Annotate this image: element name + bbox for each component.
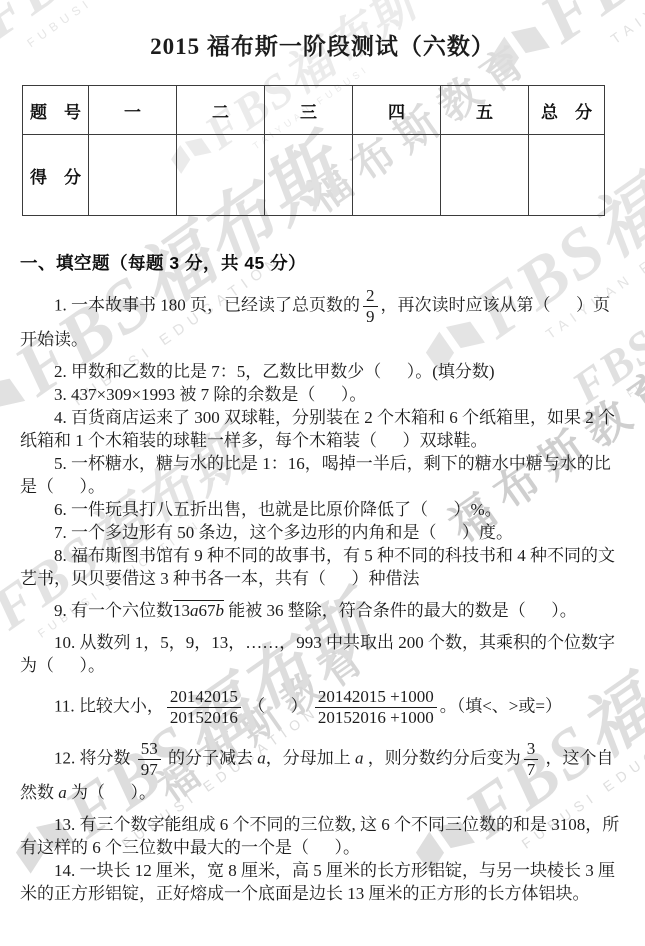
header-cell-1: 一 bbox=[89, 86, 177, 135]
paper-content: 2015 福布斯一阶段测试（六数） 题 号 一 二 三 四 五 总 分 得 分 bbox=[0, 28, 645, 905]
fraction-numerator: 20142015 bbox=[167, 687, 241, 708]
header-cell-tihao: 题 号 bbox=[23, 86, 89, 135]
question-item: 4. 百货商店运来了 300 双球鞋，分别装在 2 个木箱和 6 个纸箱里，如果… bbox=[20, 406, 625, 452]
question-item: 10. 从数列 1，5，9，13，……，993 中共取出 200 个数，其乘积的… bbox=[20, 631, 625, 677]
test-paper-page: FBS福布斯 FUBUSI EDUCATION FBS福布斯 TAIYUAN F… bbox=[0, 0, 645, 946]
questions-list: 1. 一本故事书 180 页，已经读了总页数的29，再次读时应该从第（ ）页开始… bbox=[20, 285, 625, 905]
table-header-row: 题 号 一 二 三 四 五 总 分 bbox=[23, 86, 605, 135]
fraction: 20142015 +100020152016 +1000 bbox=[315, 687, 437, 728]
variable: a bbox=[58, 783, 67, 802]
header-cell-5: 五 bbox=[441, 86, 529, 135]
fraction-numerator: 2 bbox=[363, 286, 378, 307]
fraction-denominator: 20152016 +1000 bbox=[315, 708, 437, 728]
question-item: 8. 福布斯图书馆有 9 种不同的故事书，有 5 种不同的科技书和 4 种不同的… bbox=[20, 544, 625, 590]
variable: a bbox=[355, 749, 364, 768]
header-cell-2: 二 bbox=[177, 86, 265, 135]
score-empty-cell bbox=[441, 135, 529, 216]
question-item: 1. 一本故事书 180 页，已经读了总页数的29，再次读时应该从第（ ）页开始… bbox=[20, 285, 625, 351]
score-empty-cell bbox=[89, 135, 177, 216]
fraction-denominator: 9 bbox=[363, 307, 378, 327]
header-cell-4: 四 bbox=[353, 86, 441, 135]
question-item: 12. 将分数 5397 的分子减去 a，分母加上 a ，则分数约分后变为37 … bbox=[20, 738, 625, 804]
fraction: 2014201520152016 bbox=[167, 687, 241, 728]
fraction-denominator: 97 bbox=[138, 760, 161, 780]
question-item: 7. 一个多边形有 50 条边，这个多边形的内角和是（ ）度。 bbox=[20, 521, 625, 544]
variable: a bbox=[257, 749, 266, 768]
fraction: 37 bbox=[524, 739, 539, 780]
variable: b bbox=[216, 601, 225, 620]
question-item: 5. 一杯糖水，糖与水的比是 1：16，喝掉一半后，剩下的糖水中糖与水的比是（ … bbox=[20, 452, 625, 498]
fraction: 29 bbox=[363, 286, 378, 327]
score-empty-cell bbox=[353, 135, 441, 216]
fraction: 5397 bbox=[138, 739, 161, 780]
fraction-numerator: 20142015 +1000 bbox=[315, 687, 437, 708]
question-item: 6. 一件玩具打八五折出售，也就是比原价降低了（ ）%。 bbox=[20, 498, 625, 521]
variable: a bbox=[190, 601, 199, 620]
header-cell-zongfen: 总 分 bbox=[529, 86, 605, 135]
score-row: 得 分 bbox=[23, 135, 605, 216]
page-title: 2015 福布斯一阶段测试（六数） bbox=[20, 28, 625, 61]
question-item: 11. 比较大小，2014201520152016 （ ） 20142015 +… bbox=[20, 686, 625, 729]
fraction-numerator: 3 bbox=[524, 739, 539, 760]
question-item: 3. 437×309×1993 被 7 除的余数是（ ）。 bbox=[20, 383, 625, 406]
overline-number: 13a67b bbox=[173, 601, 224, 620]
score-label-cell: 得 分 bbox=[23, 135, 89, 216]
question-item: 14. 一块长 12 厘米，宽 8 厘米，高 5 厘米的长方形铝锭，与另一块棱长… bbox=[20, 859, 625, 905]
fraction-denominator: 7 bbox=[524, 760, 539, 780]
score-empty-cell bbox=[177, 135, 265, 216]
fraction-denominator: 20152016 bbox=[167, 708, 241, 728]
question-item: 13. 有三个数字能组成 6 个不同的三位数, 这 6 个不同三位数的和是 31… bbox=[20, 813, 625, 859]
header-cell-3: 三 bbox=[265, 86, 353, 135]
score-empty-cell bbox=[529, 135, 605, 216]
score-empty-cell bbox=[265, 135, 353, 216]
section-heading: 一、填空题（每题 3 分，共 45 分） bbox=[20, 250, 625, 275]
question-item: 9. 有一个六位数13a67b 能被 36 整除，符合条件的最大的数是（ ）。 bbox=[20, 599, 625, 622]
fraction-numerator: 53 bbox=[138, 739, 161, 760]
question-item: 2. 甲数和乙数的比是 7：5，乙数比甲数少（ ）。(填分数) bbox=[20, 360, 625, 383]
score-table: 题 号 一 二 三 四 五 总 分 得 分 bbox=[22, 85, 605, 216]
